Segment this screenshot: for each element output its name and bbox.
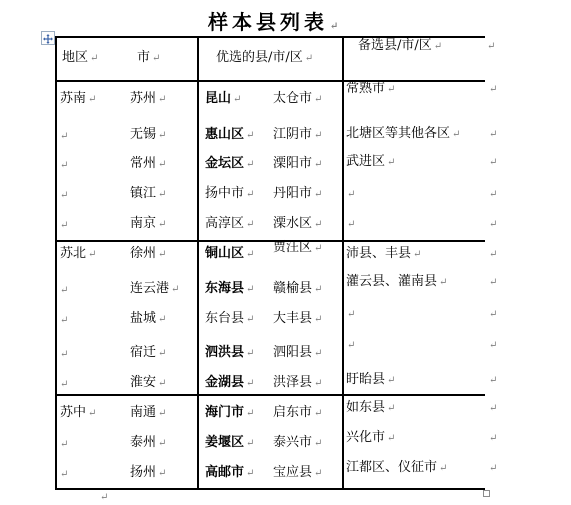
cell-text[interactable]: 南通	[130, 405, 156, 420]
cell-alternate[interactable]: 盱眙县↵	[346, 373, 395, 387]
cell-preferred-secondary[interactable]: 洪泽县↵	[273, 376, 322, 390]
cell-city[interactable]: 无锡↵	[130, 128, 166, 142]
cell-alternate[interactable]: 北塘区等其他各区↵	[346, 127, 460, 141]
cell-end-mark: ↵	[244, 468, 254, 479]
cell-city[interactable]: 盐城↵	[130, 312, 166, 326]
row-end-mark: ↵	[487, 338, 497, 352]
cell-end-mark: ↵	[385, 433, 395, 444]
cell-end-mark: ↵	[487, 340, 497, 351]
table-border-col2	[197, 36, 199, 488]
cell-text[interactable]: 常州	[130, 156, 156, 171]
row-end-mark: ↵	[487, 401, 497, 415]
table-border-left	[55, 36, 57, 488]
cell-end-mark: ↵	[244, 408, 254, 419]
cell-text[interactable]: 北塘区等其他各区	[346, 126, 450, 141]
cell-text[interactable]: 泰兴市	[273, 435, 312, 450]
cell-preferred-secondary[interactable]: 泰兴市↵	[273, 436, 322, 450]
cell-region-empty-mark[interactable]: ↵	[58, 313, 68, 327]
row-end-mark: ↵	[487, 155, 497, 169]
cell-text[interactable]: 启东市	[273, 405, 312, 420]
cell-alternate-empty-mark[interactable]: ↵	[345, 217, 355, 231]
table-move-handle[interactable]	[41, 31, 55, 45]
table-border-section2	[55, 394, 485, 396]
cell-text[interactable]: 盐城	[130, 311, 156, 326]
table-border-col3	[342, 36, 344, 488]
cell-preferred-primary[interactable]: 泗洪县↵	[205, 346, 254, 360]
cell-end-mark: ↵	[156, 408, 166, 419]
cell-preferred-secondary[interactable]: 丹阳市↵	[273, 187, 322, 201]
cell-text[interactable]: 海门市	[205, 405, 244, 420]
header-alternate[interactable]: 备选县/市/区↵	[358, 39, 442, 53]
cell-text[interactable]: 丹阳市	[273, 186, 312, 201]
cell-preferred-primary[interactable]: 惠山区↵	[205, 128, 254, 142]
cell-preferred-secondary[interactable]: 溧阳市↵	[273, 157, 322, 171]
cell-end-mark: ↵	[58, 190, 68, 201]
cell-region[interactable]: 苏南↵	[60, 92, 96, 106]
cell-text[interactable]: 常熟市	[346, 81, 385, 96]
cell-preferred-primary[interactable]: 昆山↵	[205, 92, 241, 106]
cell-end-mark: ↵	[156, 468, 166, 479]
cell-end-mark: ↵	[345, 309, 355, 320]
cell-end-mark: ↵	[487, 129, 497, 140]
cell-text[interactable]: 苏南	[60, 91, 86, 106]
cell-text[interactable]: 苏州	[130, 91, 156, 106]
cell-end-mark: ↵	[156, 159, 166, 170]
cell-end-mark: ↵	[432, 41, 442, 52]
cell-end-mark: ↵	[487, 309, 497, 320]
cell-end-mark: ↵	[156, 219, 166, 230]
cell-preferred-primary[interactable]: 金坛区↵	[205, 157, 254, 171]
cell-end-mark: ↵	[58, 469, 68, 480]
cell-end-mark: ↵	[345, 340, 355, 351]
cell-alternate-empty-mark[interactable]: ↵	[345, 187, 355, 201]
cell-end-mark: ↵	[169, 284, 179, 295]
cell-text[interactable]: 大丰县	[273, 311, 312, 326]
cell-end-mark: ↵	[156, 94, 166, 105]
cell-alternate[interactable]: 沛县、丰县↵	[346, 247, 421, 261]
cell-city[interactable]: 徐州↵	[130, 247, 166, 261]
paragraph-mark-below-table: ↵	[100, 492, 108, 504]
cell-city[interactable]: 扬州↵	[130, 466, 166, 480]
cell-end-mark: ↵	[88, 53, 98, 64]
table-border-bottom	[55, 488, 485, 490]
cell-text[interactable]: 镇江	[130, 186, 156, 201]
cell-end-mark: ↵	[58, 315, 68, 326]
cell-preferred-primary[interactable]: 扬中市↵	[205, 187, 254, 201]
cell-text[interactable]: 宝应县	[273, 465, 312, 480]
cell-end-mark: ↵	[437, 463, 447, 474]
cell-end-mark: ↵	[487, 403, 497, 414]
row-end-mark: ↵	[487, 461, 497, 475]
cell-text[interactable]: 贾汪区	[273, 240, 312, 255]
cell-text[interactable]: 溧水区	[273, 216, 312, 231]
cell-end-mark: ↵	[58, 220, 68, 231]
cell-city[interactable]: 淮安↵	[130, 376, 166, 390]
cell-end-mark: ↵	[385, 403, 395, 414]
cell-end-mark: ↵	[487, 157, 497, 168]
cell-text[interactable]: 金湖县	[205, 375, 244, 390]
cell-text[interactable]: 高邮市	[205, 465, 244, 480]
row-end-mark: ↵	[487, 217, 497, 231]
cell-alternate[interactable]: 武进区↵	[346, 155, 395, 169]
cell-region-empty-mark[interactable]: ↵	[58, 218, 68, 232]
cell-end-mark: ↵	[345, 189, 355, 200]
cell-end-mark: ↵	[244, 438, 254, 449]
cell-alternate-empty-mark[interactable]: ↵	[345, 307, 355, 321]
cell-text[interactable]: 盱眙县	[346, 372, 385, 387]
cell-end-mark: ↵	[312, 378, 322, 389]
row-end-mark: ↵	[487, 187, 497, 201]
cell-end-mark: ↵	[244, 189, 254, 200]
page-title[interactable]: 样本县列表↵	[208, 6, 342, 35]
cell-text[interactable]: 高淳区	[205, 216, 244, 231]
table-border-header-bottom	[55, 80, 485, 82]
cell-preferred-primary[interactable]: 姜堰区↵	[205, 436, 254, 450]
cell-text[interactable]: 铜山区	[205, 246, 244, 261]
cell-text[interactable]: 沛县、丰县	[346, 246, 411, 261]
cell-text[interactable]: 姜堰区	[205, 435, 244, 450]
cell-preferred-secondary[interactable]: 贾汪区↵	[273, 241, 322, 255]
cell-text[interactable]: 泰州	[130, 435, 156, 450]
cell-end-mark: ↵	[86, 249, 96, 260]
cell-end-mark: ↵	[345, 219, 355, 230]
cell-text[interactable]: 赣榆县	[273, 281, 312, 296]
cell-end-mark: ↵	[58, 439, 68, 450]
cell-text[interactable]: 东海县	[205, 281, 244, 296]
cell-alternate[interactable]: 常熟市↵	[346, 82, 395, 96]
cell-end-mark: ↵	[244, 348, 254, 359]
cell-end-mark: ↵	[150, 53, 160, 64]
row-end-mark: ↵	[487, 431, 497, 445]
row-end-mark: ↵	[487, 307, 497, 321]
cell-end-mark: ↵	[244, 159, 254, 170]
cell-end-mark: ↵	[312, 189, 322, 200]
cell-end-mark: ↵	[487, 463, 497, 474]
cell-region-empty-mark[interactable]: ↵	[58, 377, 68, 391]
cell-end-mark: ↵	[312, 130, 322, 141]
cell-text[interactable]: 兴化市	[346, 430, 385, 445]
cell-city[interactable]: 南通↵	[130, 406, 166, 420]
cell-end-mark: ↵	[312, 219, 322, 230]
cell-text[interactable]: 宿迁	[130, 345, 156, 360]
cell-end-mark: ↵	[487, 249, 497, 260]
cell-preferred-primary[interactable]: 东海县↵	[205, 282, 254, 296]
cell-end-mark: ↵	[487, 277, 497, 288]
cell-city[interactable]: 常州↵	[130, 157, 166, 171]
cell-alternate[interactable]: 江都区、仪征市↵	[346, 461, 447, 475]
cell-region-empty-mark[interactable]: ↵	[58, 158, 68, 172]
cell-preferred-primary[interactable]: 铜山区↵	[205, 247, 254, 261]
cell-preferred-secondary[interactable]: 大丰县↵	[273, 312, 322, 326]
cell-end-mark: ↵	[58, 160, 68, 171]
cell-end-mark: ↵	[244, 314, 254, 325]
row-end-mark: ↵	[487, 373, 497, 387]
cell-end-mark: ↵	[58, 131, 68, 142]
table-border-section1	[55, 240, 485, 242]
cell-text[interactable]: 无锡	[130, 127, 156, 142]
cell-end-mark: ↵	[312, 438, 322, 449]
cell-end-mark: ↵	[450, 129, 460, 140]
header-region[interactable]: 地区↵	[62, 51, 98, 65]
cell-end-mark: ↵	[487, 433, 497, 444]
cell-preferred-primary[interactable]: 高淳区↵	[205, 217, 254, 231]
cell-preferred-secondary[interactable]: 江阴市↵	[273, 128, 322, 142]
cell-region-empty-mark[interactable]: ↵	[58, 188, 68, 202]
cell-city[interactable]: 泰州↵	[130, 436, 166, 450]
cell-alternate[interactable]: 灌云县、灌南县↵	[346, 275, 447, 289]
cell-end-mark: ↵	[385, 157, 395, 168]
cell-preferred-secondary[interactable]: 太仓市↵	[273, 92, 322, 106]
cell-text[interactable]: 泗洪县	[205, 345, 244, 360]
cell-text[interactable]: 江阴市	[273, 127, 312, 142]
cell-region[interactable]: 苏北↵	[60, 247, 96, 261]
row-end-mark: ↵	[487, 275, 497, 289]
cell-text[interactable]: 昆山	[205, 91, 231, 106]
cell-end-mark: ↵	[156, 249, 166, 260]
cell-end-mark: ↵	[156, 438, 166, 449]
cell-text[interactable]: 金坛区	[205, 156, 244, 171]
table-resize-handle[interactable]	[483, 490, 490, 497]
table-move-icon	[43, 29, 53, 48]
cell-alternate-empty-mark[interactable]: ↵	[345, 338, 355, 352]
cell-preferred-secondary[interactable]: 赣榆县↵	[273, 282, 322, 296]
row-end-mark: ↵	[487, 82, 497, 96]
cell-preferred-secondary[interactable]: 宝应县↵	[273, 466, 322, 480]
row-end-mark: ↵	[487, 247, 497, 261]
cell-preferred-primary[interactable]: 高邮市↵	[205, 466, 254, 480]
word-document-page: { "title": "样本县列表", "marks": { "pilcrow"…	[0, 0, 571, 505]
cell-end-mark: ↵	[58, 349, 68, 360]
cell-text[interactable]: 连云港	[130, 281, 169, 296]
cell-end-mark: ↵	[303, 53, 313, 64]
cell-end-mark: ↵	[244, 378, 254, 389]
cell-end-mark: ↵	[156, 130, 166, 141]
cell-end-mark: ↵	[156, 378, 166, 389]
cell-end-mark: ↵	[312, 284, 322, 295]
page-title-text[interactable]: 样本县列表	[208, 10, 328, 34]
cell-end-mark: ↵	[487, 375, 497, 386]
cell-end-mark: ↵	[86, 94, 96, 105]
cell-text[interactable]: 惠山区	[205, 127, 244, 142]
cell-text[interactable]: 南京	[130, 216, 156, 231]
cell-end-mark: ↵	[487, 84, 497, 95]
cell-end-mark: ↵	[156, 189, 166, 200]
header-city[interactable]: 市↵	[137, 51, 160, 65]
cell-end-mark: ↵	[312, 159, 322, 170]
cell-end-mark: ↵	[244, 284, 254, 295]
cell-text[interactable]: 江都区、仪征市	[346, 460, 437, 475]
cell-end-mark: ↵	[312, 314, 322, 325]
cell-end-mark: ↵	[156, 348, 166, 359]
cell-text[interactable]: 苏北	[60, 246, 86, 261]
cell-text[interactable]: 扬州	[130, 465, 156, 480]
cell-city[interactable]: 连云港↵	[130, 282, 179, 296]
cell-text[interactable]: 洪泽县	[273, 375, 312, 390]
cell-end-mark: ↵	[58, 285, 68, 296]
cell-end-mark: ↵	[312, 348, 322, 359]
cell-text[interactable]: 苏中	[60, 405, 86, 420]
cell-text[interactable]: 如东县	[346, 400, 385, 415]
cell-text[interactable]: 淮安	[130, 375, 156, 390]
cell-city[interactable]: 南京↵	[130, 217, 166, 231]
cell-end-mark: ↵	[487, 219, 497, 230]
cell-text[interactable]: 泗阳县	[273, 345, 312, 360]
cell-text[interactable]: 东台县	[205, 311, 244, 326]
cell-end-mark: ↵	[244, 130, 254, 141]
cell-preferred-secondary[interactable]: 启东市↵	[273, 406, 322, 420]
paragraph-mark: ↵	[328, 21, 342, 32]
cell-region-empty-mark[interactable]: ↵	[58, 129, 68, 143]
cell-end-mark: ↵	[312, 468, 322, 479]
cell-end-mark: ↵	[312, 94, 322, 105]
cell-preferred-primary[interactable]: 金湖县↵	[205, 376, 254, 390]
cell-city[interactable]: 苏州↵	[130, 92, 166, 106]
row-end-mark: ↵	[487, 127, 497, 141]
cell-text[interactable]: 太仓市	[273, 91, 312, 106]
cell-text[interactable]: 扬中市	[205, 186, 244, 201]
cell-preferred-primary[interactable]: 海门市↵	[205, 406, 254, 420]
cell-region[interactable]: 苏中↵	[60, 406, 96, 420]
cell-region-empty-mark[interactable]: ↵	[58, 437, 68, 451]
cell-end-mark: ↵	[156, 314, 166, 325]
cell-end-mark: ↵	[437, 277, 447, 288]
cell-end-mark: ↵	[487, 189, 497, 200]
cell-region-empty-mark[interactable]: ↵	[58, 347, 68, 361]
cell-end-mark: ↵	[385, 84, 395, 95]
cell-end-mark: ↵	[231, 94, 241, 105]
cell-text[interactable]: 徐州	[130, 246, 156, 261]
cell-text[interactable]: 武进区	[346, 154, 385, 169]
row-end-mark: ↵	[487, 41, 495, 53]
cell-region-empty-mark[interactable]: ↵	[58, 467, 68, 481]
cell-preferred-secondary[interactable]: 泗阳县↵	[273, 346, 322, 360]
cell-end-mark: ↵	[86, 408, 96, 419]
cell-end-mark: ↵	[312, 243, 322, 254]
cell-end-mark: ↵	[58, 379, 68, 390]
header-preferred[interactable]: 优选的县/市/区↵	[216, 51, 313, 65]
cell-end-mark: ↵	[385, 375, 395, 386]
cell-city[interactable]: 镇江↵	[130, 187, 166, 201]
cell-preferred-secondary[interactable]: 溧水区↵	[273, 217, 322, 231]
cell-end-mark: ↵	[244, 249, 254, 260]
cell-end-mark: ↵	[244, 219, 254, 230]
cell-text[interactable]: 溧阳市	[273, 156, 312, 171]
cell-region-empty-mark[interactable]: ↵	[58, 283, 68, 297]
cell-end-mark: ↵	[411, 249, 421, 260]
cell-text[interactable]: 灌云县、灌南县	[346, 274, 437, 289]
cell-end-mark: ↵	[312, 408, 322, 419]
cell-alternate[interactable]: 兴化市↵	[346, 431, 395, 445]
cell-city[interactable]: 宿迁↵	[130, 346, 166, 360]
cell-alternate[interactable]: 如东县↵	[346, 401, 395, 415]
cell-preferred-primary[interactable]: 东台县↵	[205, 312, 254, 326]
